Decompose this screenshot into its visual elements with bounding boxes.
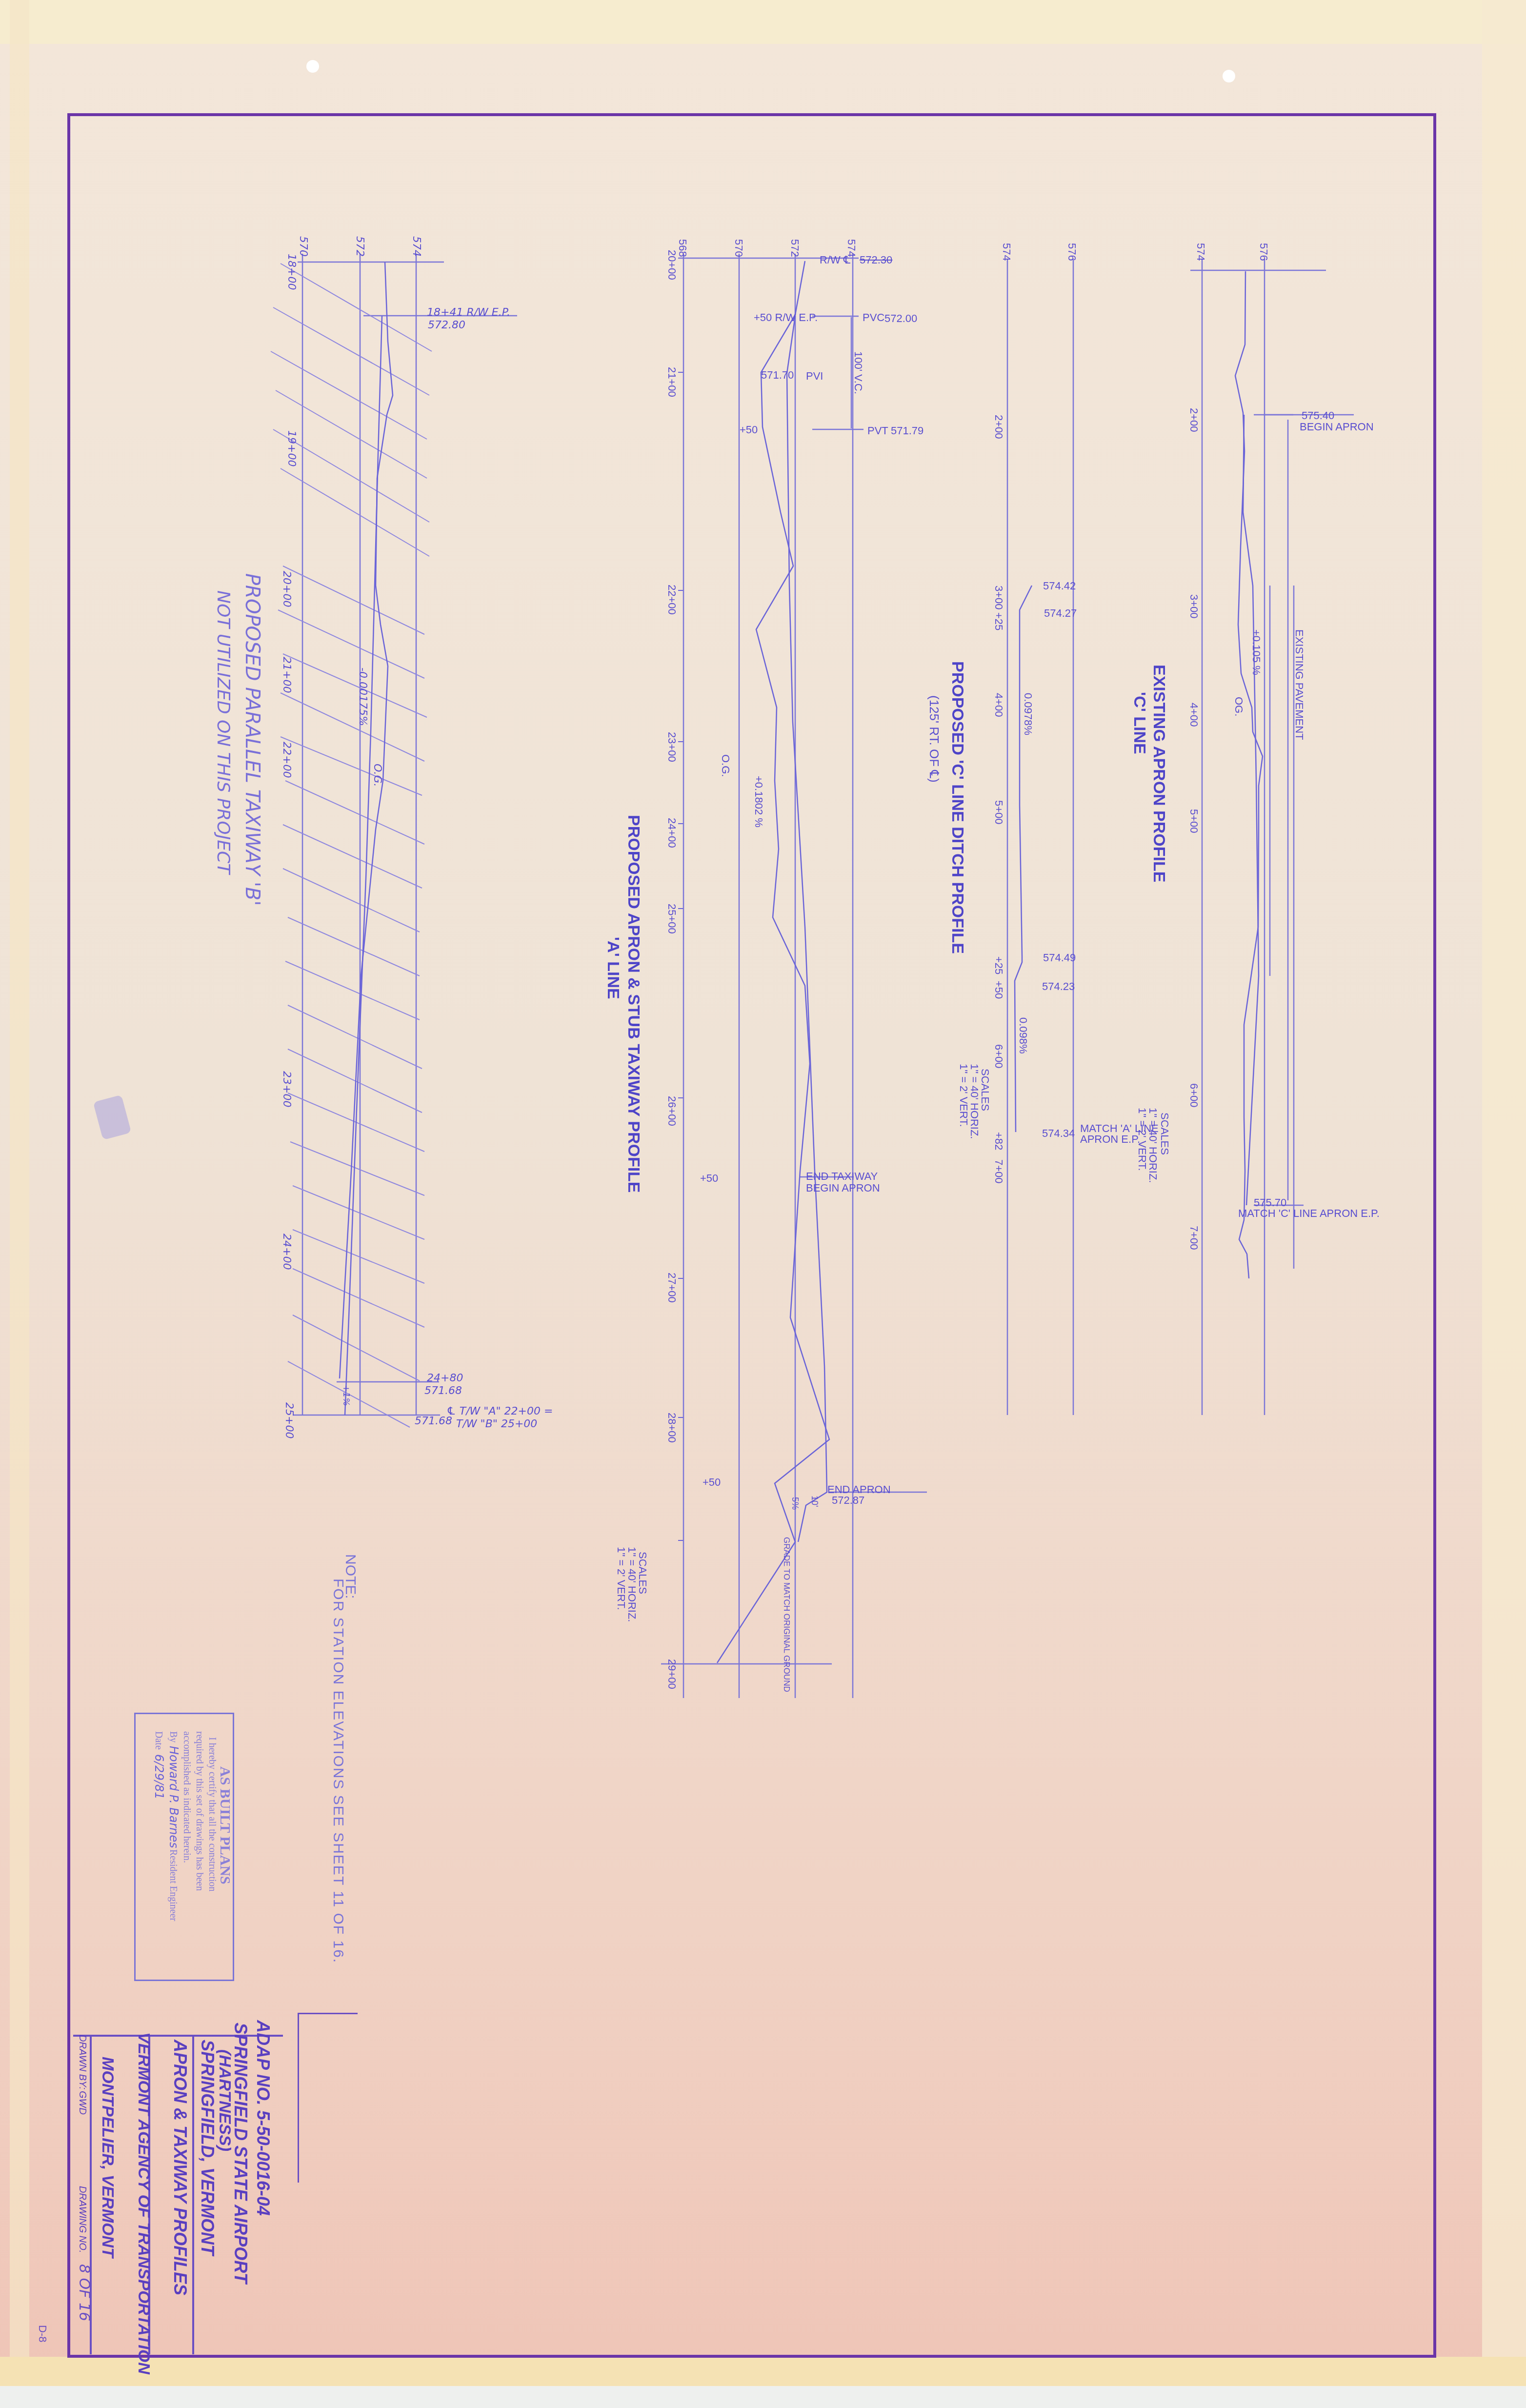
begin-apron-label: BEGIN APRON <box>806 1182 880 1194</box>
station-label: 20+00 <box>665 250 678 280</box>
stamp-title: AS BUILT PLANS <box>217 1766 233 1884</box>
grade-label: 0.098% <box>1017 1017 1029 1054</box>
agency-city: MONTPELIER, VERMONT <box>98 2057 117 2258</box>
stamp-by-label: By <box>167 1731 179 1742</box>
station-label: 27+00 <box>665 1273 678 1303</box>
grade-label: +1% <box>341 1385 351 1406</box>
station-label: 22+00 <box>281 742 293 778</box>
end-taxiway-label: END TAXIWAY <box>806 1170 878 1183</box>
elev-tick: 576 <box>1257 243 1270 261</box>
stamp-role: Resident Engineer <box>167 1849 179 1921</box>
station-label: 24+00 <box>281 1234 293 1270</box>
station-label: 22+00 <box>665 585 678 615</box>
station-label: 28+00 <box>665 1413 678 1443</box>
elev-label: 574.23 <box>1042 980 1075 993</box>
stamp-line: required by this set of drawings has bee… <box>194 1731 205 1891</box>
offset-label: 10' <box>809 1496 820 1507</box>
station-label: 3+00 <box>1187 594 1200 619</box>
pvc-label: PVC <box>863 311 884 324</box>
rw-centerline-elev: 572.30 <box>860 254 892 266</box>
grade-label: +0.105 % <box>1250 629 1263 675</box>
pvi-label: PVI <box>806 370 823 383</box>
profile-title: PROPOSED PARALLEL TAXIWAY 'B' <box>241 573 263 906</box>
grade-label: -0.00175% <box>357 668 369 726</box>
elev-label: 574.42 <box>1043 580 1076 592</box>
station-label: 6+00 <box>1187 1083 1200 1108</box>
vc-length: 100' V.C. <box>852 351 864 394</box>
station-label: 23+00 <box>665 732 678 762</box>
pvt-label: PVT <box>867 425 888 437</box>
match-a-line-label2: APRON E.P. <box>1080 1133 1140 1146</box>
pvt-elev: 571.79 <box>891 425 924 437</box>
profile-title: PROPOSED APRON & STUB TAXIWAY PROFILE <box>624 815 643 1193</box>
stamp-date: 6/29/81 <box>152 1754 166 1800</box>
elev-tick: 570 <box>297 236 309 257</box>
station-label: 5+00 <box>1187 809 1200 833</box>
station-plus50: +50 <box>703 1476 721 1489</box>
scale-vert: 1" = 2' VERT. <box>615 1547 627 1610</box>
og-label: O.G. <box>719 754 732 777</box>
elev-tick: 572 <box>788 239 801 257</box>
profile-subtitle: (125' RT. OF ℄) <box>926 695 942 783</box>
station-label: 21+00 <box>665 367 678 397</box>
end-apron-elev: 572.87 <box>832 1494 864 1507</box>
rw-ep-label: +50 R/W E.P. <box>754 311 818 324</box>
city-state: SPRINGFIELD, VERMONT <box>197 2040 218 2255</box>
pavement-label: EXISTING PAVEMENT <box>1293 629 1305 740</box>
drawn-by-value: GWD <box>77 2091 88 2115</box>
rw-centerline-label: R/W ℄ <box>820 254 850 266</box>
station-label: 29+00 <box>665 1659 678 1689</box>
station-plus50: +50 <box>740 424 758 436</box>
station-label: 2+00 <box>1187 408 1200 432</box>
og-label: OG. <box>1232 697 1245 716</box>
station-label: +82 <box>992 1132 1005 1150</box>
elev-tick: 574 <box>1000 243 1013 261</box>
station-label: 23+00 <box>281 1071 293 1107</box>
drawing-no-value: 8 OF 16 <box>76 2264 93 2321</box>
station-label: 26+00 <box>665 1096 678 1126</box>
station-label: +25 <box>992 956 1005 974</box>
pvi-elev: 571.70 <box>761 369 794 382</box>
profile-subtitle: NOT UTILIZED ON THIS PROJECT <box>213 590 233 874</box>
drawing-label: D-8 <box>36 2325 49 2342</box>
project-number: ADAP NO. 5-50-0016-04 <box>253 2020 273 2216</box>
elev-tick: 576 <box>1065 243 1078 261</box>
elev-tick: 574 <box>410 236 422 257</box>
pt-elev: 571.68 <box>424 1385 462 1397</box>
station-equation-2: T/W "B" 25+00 <box>456 1418 537 1430</box>
elev-tick: 574 <box>1194 243 1207 261</box>
station-label: 4+00 <box>1187 703 1200 727</box>
grade-note: GRADE TO MATCH ORIGINAL GROUND <box>782 1537 791 1692</box>
profile-subtitle: 'C' LINE <box>1130 692 1149 754</box>
station-label: 24+00 <box>665 818 678 848</box>
profile-subtitle: 'A' LINE <box>603 937 622 999</box>
profile-title: EXISTING APRON PROFILE <box>1149 665 1168 882</box>
station-label: 19+00 <box>285 430 298 466</box>
stamp-line: accomplished as indicated herein. <box>181 1731 192 1863</box>
station-label: 18+00 <box>285 254 298 290</box>
note-text: FOR STATION ELEVATIONS SEE SHEET 11 OF 1… <box>330 1578 346 1963</box>
elev-label: 574.34 <box>1042 1127 1075 1140</box>
stamp-line: I hereby certify that all the constructi… <box>206 1737 218 1892</box>
station-label: 2+00 <box>992 415 1005 439</box>
station-label: 21+00 <box>281 657 293 693</box>
elev-label: 574.27 <box>1044 607 1077 620</box>
pt-station: 24+80 <box>427 1372 463 1384</box>
station-label: 20+00 <box>281 571 293 607</box>
begin-apron-label: BEGIN APRON <box>1300 421 1374 433</box>
station-label: 7+00 <box>1187 1226 1200 1250</box>
station-label: 3+00 <box>992 586 1005 610</box>
station-equation-1: ℄ T/W "A" 22+00 = <box>446 1405 553 1417</box>
og-label: O.G. <box>371 764 383 787</box>
stamp-signature: Howard P. Barnes <box>167 1746 181 1848</box>
pvc-elev: 572.00 <box>884 312 917 325</box>
rw-ep-elev: 572.80 <box>428 319 465 331</box>
station-label: 7+00 <box>992 1159 1005 1184</box>
profile-title: PROPOSED 'C' LINE DITCH PROFILE <box>948 661 967 954</box>
station-label: 6+00 <box>992 1044 1005 1069</box>
title-block-project-cell <box>298 2013 358 2183</box>
drawing-no-label: DRAWING NO. <box>77 2186 88 2253</box>
station-plus50: +50 <box>700 1172 718 1185</box>
grade-label: +0.1802 % <box>752 776 765 828</box>
station-label: +25 <box>992 612 1005 630</box>
station-label: 25+00 <box>283 1402 295 1438</box>
station-label: +50 <box>992 981 1005 999</box>
slope-label: 5% <box>790 1497 800 1510</box>
airport-alt-name: (HARTNESS) <box>215 2049 234 2151</box>
scale-vert: 1" = 2' VERT. <box>957 1064 970 1127</box>
elev-tick: 570 <box>732 239 745 257</box>
drawn-by-label: DRAWN BY: <box>77 2035 88 2089</box>
station-label: 25+00 <box>665 904 678 934</box>
sheet-title: APRON & TAXIWAY PROFILES <box>170 2040 190 2295</box>
agency-name: VERMONT AGENCY OF TRANSPORTATION <box>134 2032 153 2374</box>
elev-label: 574.49 <box>1043 951 1076 964</box>
match-c-line-label: MATCH 'C' LINE APRON E.P. <box>1238 1207 1380 1220</box>
station-label: 5+00 <box>992 800 1005 825</box>
stamp-date-label: Date <box>153 1731 164 1750</box>
elev-tick: 572 <box>354 236 366 257</box>
grade-label: 0.0978% <box>1022 693 1034 735</box>
scales-label: SCALES <box>1158 1113 1171 1155</box>
rw-ep-station: 18+41 R/W E.P. <box>427 306 510 319</box>
station-label: 4+00 <box>992 693 1005 717</box>
